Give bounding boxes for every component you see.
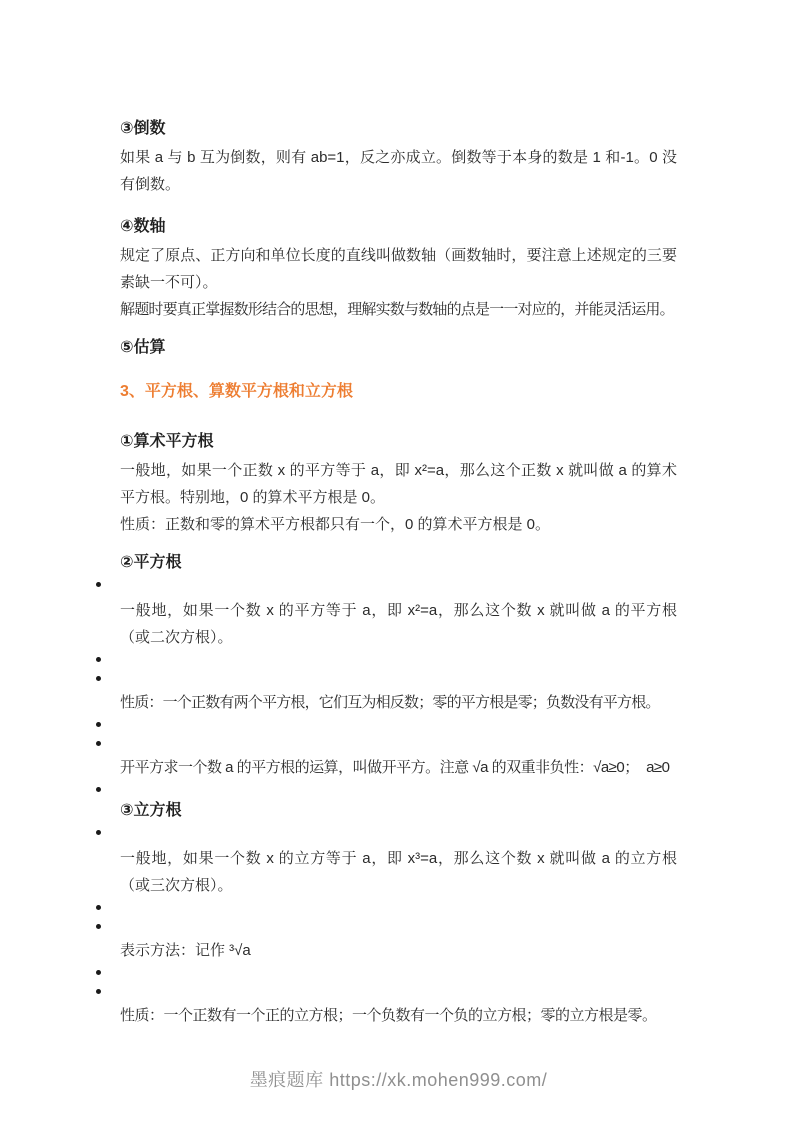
document-page: ③倒数 如果 a 与 b 互为倒数，则有 ab=1，反之亦成立。倒数等于本身的数… — [0, 0, 793, 1122]
heading-number-axis: ④数轴 — [120, 216, 677, 238]
heading-section3-roots: 3、平方根、算数平方根和立方根 — [120, 381, 677, 403]
document-content: ③倒数 如果 a 与 b 互为倒数，则有 ab=1，反之亦成立。倒数等于本身的数… — [0, 0, 793, 1090]
bullet-icon — [96, 722, 101, 727]
paragraph-square-root-operation: 开平方求一个数 a 的平方根的运算，叫做开平方。注意 √a 的双重非负性：√a≥… — [120, 754, 677, 781]
empty-list-item — [120, 964, 677, 983]
empty-list-item — [120, 735, 677, 754]
paragraph-number-axis-1: 规定了原点、正方向和单位长度的直线叫做数轴（画数轴时，要注意上述规定的三要素缺一… — [120, 242, 677, 296]
bullet-icon — [96, 970, 101, 975]
paragraph-cube-root-notation: 表示方法：记作 ³√a — [120, 937, 677, 964]
paragraph-arithmetic-square-root: 一般地，如果一个正数 x 的平方等于 a，即 x²=a，那么这个正数 x 就叫做… — [120, 457, 677, 511]
empty-list-item — [120, 918, 677, 937]
bullet-icon — [96, 787, 101, 792]
heading-reciprocal: ③倒数 — [120, 118, 677, 140]
paragraph-reciprocal: 如果 a 与 b 互为倒数，则有 ab=1，反之亦成立。倒数等于本身的数是 1 … — [120, 144, 677, 198]
empty-list-item — [120, 670, 677, 689]
empty-list-item — [120, 781, 677, 800]
paragraph-cube-root: 一般地，如果一个数 x 的立方等于 a，即 x³=a，那么这个数 x 就叫做 a… — [120, 845, 677, 899]
heading-square-root: ②平方根 — [120, 552, 677, 574]
empty-list-item — [120, 716, 677, 735]
bullet-icon — [96, 830, 101, 835]
paragraph-square-root-property: 性质：一个正数有两个平方根，它们互为相反数；零的平方根是零；负数没有平方根。 — [120, 689, 677, 716]
empty-list-item — [120, 899, 677, 918]
footer-watermark: 墨痕题库 https://xk.mohen999.com/ — [120, 1070, 677, 1090]
paragraph-number-axis-2: 解题时要真正掌握数形结合的思想，理解实数与数轴的点是一一对应的，并能灵活运用。 — [120, 296, 677, 323]
bullet-icon — [96, 657, 101, 662]
empty-list-item — [120, 824, 677, 843]
heading-cube-root: ③立方根 — [120, 800, 677, 822]
paragraph-square-root: 一般地，如果一个数 x 的平方等于 a，即 x²=a，那么这个数 x 就叫做 a… — [120, 597, 677, 651]
heading-arithmetic-square-root: ①算术平方根 — [120, 431, 677, 453]
paragraph-arithmetic-square-root-property: 性质：正数和零的算术平方根都只有一个，0 的算术平方根是 0。 — [120, 511, 677, 538]
bullet-icon — [96, 582, 101, 587]
bullet-icon — [96, 741, 101, 746]
bullet-icon — [96, 989, 101, 994]
empty-list-item — [120, 983, 677, 1002]
bullet-icon — [96, 905, 101, 910]
empty-list-item — [120, 651, 677, 670]
heading-estimation: ⑤估算 — [120, 337, 677, 359]
bullet-icon — [96, 924, 101, 929]
bullet-icon — [96, 676, 101, 681]
paragraph-cube-root-property: 性质：一个正数有一个正的立方根；一个负数有一个负的立方根；零的立方根是零。 — [120, 1002, 677, 1029]
empty-list-item — [120, 576, 677, 595]
